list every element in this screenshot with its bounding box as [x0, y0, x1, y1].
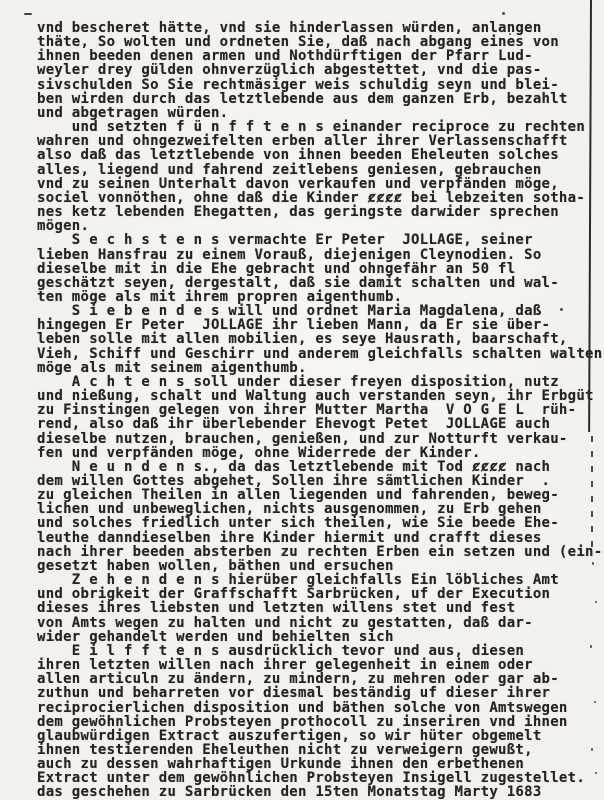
- text-line: alles, liegend und fahrend zeitlebens ge…: [37, 163, 604, 177]
- text-line: ihnen testierenden Eheleuthen nicht zu v…: [37, 743, 604, 757]
- text-line: rend, also daß ihr überlebender Ehevogt …: [37, 417, 604, 431]
- right-margin-line-dashed: [591, 436, 593, 548]
- text-line: und abgetragen würden.: [37, 106, 604, 120]
- scan-speck: [592, 562, 594, 565]
- text-line: glaubwürdigen Extract auszufertigen, so …: [37, 729, 604, 743]
- scan-speck: [595, 601, 597, 603]
- text-line: E i l f f t e n s ausdrücklich tevor und…: [37, 644, 604, 658]
- text-line: leben solle mit allen mobilien, es seye …: [37, 332, 604, 346]
- text-line: das geschehen zu Sarbrücken den 15ten Mo…: [37, 785, 604, 799]
- scan-speck: [502, 12, 505, 15]
- text-line: nes ketz lebenden Ehegatten, das gerings…: [37, 205, 604, 219]
- text-line: nach ihrer beeden absterben zu rechten E…: [37, 545, 604, 559]
- text-line: geschätzt seyen, dergestalt, daß sie dam…: [37, 276, 604, 290]
- text-line: dieses ihres liebsten und letzten willen…: [37, 601, 604, 615]
- text-line: fen und verpfänden möge, ohne Widerrede …: [37, 446, 604, 460]
- typewritten-text-block: vnd bescheret hätte, vnd sie hinderlasse…: [37, 21, 604, 800]
- text-line: Vieh, Schiff und Geschirr und anderem gl…: [37, 347, 604, 361]
- text-line: ben wirden durch das letztlebende aus de…: [37, 92, 604, 106]
- scan-speck: [591, 748, 593, 751]
- text-line: A c h t e n s soll under dieser freyen d…: [37, 375, 604, 389]
- text-line: und solches friedlich unter sich theilen…: [37, 516, 604, 530]
- text-line: dieselbe mit in die Ehe gebracht und ohn…: [37, 262, 604, 276]
- text-line: reciprocierlichen disposition und bäthen…: [37, 701, 604, 715]
- scan-dash-artifact: [24, 13, 32, 15]
- text-line: N e u n d e n s., da das letztlebende mi…: [37, 460, 604, 474]
- text-line: ten möge als mit ihrem propren aigenthum…: [37, 290, 604, 304]
- text-line: vnd zu seinen Unterhalt davon verkaufen …: [37, 177, 604, 191]
- text-line: lieben Hansfrau zu einem Vorauß, diejeni…: [37, 248, 604, 262]
- text-line: sivschulden So Sie rechtmäsiger weis sch…: [37, 78, 604, 92]
- text-line: möge als mit seinem aigenthumb.: [37, 361, 604, 375]
- scan-speck: [590, 645, 592, 648]
- text-line: S e c h s t e n s vermachte Er Peter JOL…: [37, 233, 604, 247]
- text-line: weyler drey gülden ohnverzüglich abgeste…: [37, 63, 604, 77]
- scan-speck: [594, 701, 596, 703]
- text-line: dieselbe nutzen, brauchen, genießen, und…: [37, 432, 604, 446]
- text-line: wider gehandelt werden und behielten sic…: [37, 630, 604, 644]
- text-line: von Amts wegen zu halten und nicht zu ge…: [37, 616, 604, 630]
- scan-speck: [595, 772, 597, 774]
- text-line: Extract unter dem gewöhnlichen Probsteye…: [37, 771, 604, 785]
- text-line: dem gewöhnlichen Probsteyen prothocoll z…: [37, 715, 604, 729]
- text-line: gesetzt haben wollen, bäthen und ersuche…: [37, 559, 604, 573]
- text-line: zuthun und beharreten vor diesmal bestän…: [37, 686, 604, 700]
- document-page: vnd bescheret hätte, vnd sie hinderlasse…: [0, 0, 604, 800]
- text-line: leuthe danndieselben ihre Kinder hiermit…: [37, 531, 604, 545]
- scan-speck: [509, 33, 511, 35]
- text-line: sociel vonnöthen, ohne daß die Kinder ȼȼ…: [37, 191, 604, 205]
- text-line: also daß das letztlebende von ihnen beed…: [37, 148, 604, 162]
- scan-speck: [560, 308, 563, 311]
